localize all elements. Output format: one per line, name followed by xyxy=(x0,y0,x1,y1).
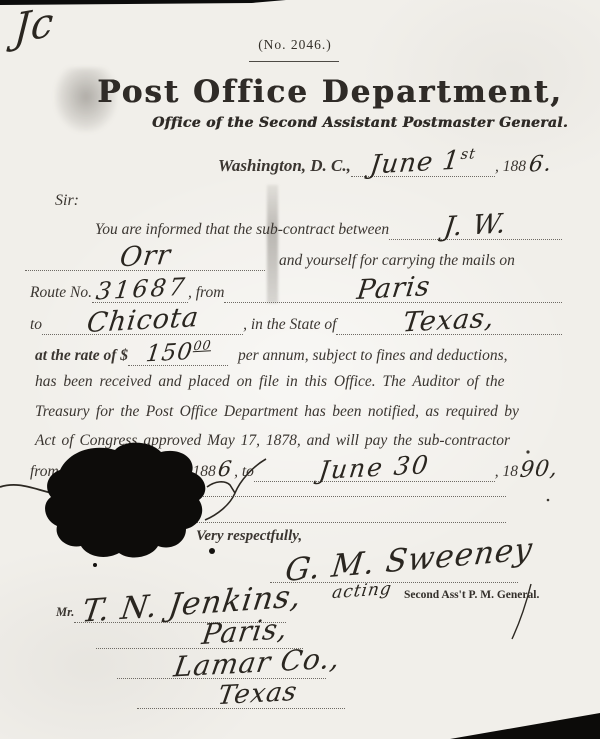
dateline: Washington, D. C., June 1st , 188 6. xyxy=(218,152,552,177)
ink-splatter-dot xyxy=(526,450,529,453)
rate-handwriting: 15000 xyxy=(144,340,211,364)
acting-handwriting: acting xyxy=(331,583,393,601)
ink-splatter-dot xyxy=(93,563,97,567)
corner-fold xyxy=(450,713,600,739)
blank-rule-2 xyxy=(188,521,506,523)
page-subtitle: Office of the Second Assistant Postmaste… xyxy=(120,115,600,131)
body-line-6: has been received and placed on file in … xyxy=(35,373,566,391)
destination-handwriting: Chicota xyxy=(85,307,200,335)
period-from-label: from xyxy=(30,463,59,481)
state-fill-line: Texas, xyxy=(336,310,562,335)
form-number-rule xyxy=(249,60,339,62)
to-label: to xyxy=(30,316,42,334)
addressee-city-handwriting: Paris, xyxy=(201,618,290,647)
origin-fill-line: Paris xyxy=(224,278,562,303)
period-year2-printed: , 18 xyxy=(495,463,518,481)
rate-label: at the rate of $ xyxy=(35,347,128,365)
form-number: (No. 2046.) xyxy=(0,37,590,53)
period-year1-printed: , 188 xyxy=(185,463,216,481)
signer-title: Second Ass't P. M. General. xyxy=(404,589,539,601)
rate-fill-line: 15000 xyxy=(128,342,228,366)
blank-rule-1 xyxy=(200,495,506,497)
body-line-2: Orr and yourself for carrying the mails … xyxy=(25,246,562,271)
contractor-name-fill-line: Orr xyxy=(25,246,265,271)
contractor-initials-handwriting: J. W. xyxy=(443,213,508,238)
period-to-label: , to xyxy=(234,463,254,481)
period-year2-handwriting: 90, xyxy=(519,460,559,480)
salutation: Sir: xyxy=(55,192,79,210)
body-line-4: to Chicota , in the State of Texas, xyxy=(30,310,562,335)
date-fill-line: June 1st xyxy=(351,152,495,177)
dateline-year-handwriting: 6. xyxy=(528,155,553,174)
period-end-handwriting: June 30 xyxy=(318,455,431,481)
addressee-state-handwriting: Texas xyxy=(216,682,298,707)
scanned-letter-page: Jc (No. 2046.) Post Office Department, O… xyxy=(0,0,600,739)
body-l2-printed: and yourself for carrying the mails on xyxy=(279,252,515,270)
body-line-3: Route No. 31687 , from Paris xyxy=(30,278,562,303)
destination-fill-line: Chicota xyxy=(42,310,243,335)
body-line-7: Treasury for the Post Office Department … xyxy=(35,403,566,421)
ink-splatter-dot xyxy=(547,499,550,502)
date-handwriting: June 1st xyxy=(369,149,477,176)
signature-rule xyxy=(270,581,518,583)
body-line-9: from July 1st , 188 6 , to June 30 , 18 … xyxy=(30,458,558,482)
period-year1-handwriting: 6 xyxy=(217,461,233,479)
body-line-8: Act of Congress approved May 17, 1878, a… xyxy=(35,432,566,450)
signature-handwriting: G. M. Sweeney xyxy=(284,537,534,584)
body-line-1: You are informed that the sub-contract b… xyxy=(95,215,562,240)
route-number-fill-line: 31687 xyxy=(92,280,188,303)
page-title: Post Office Department, xyxy=(90,74,570,110)
from-label: , from xyxy=(188,284,224,302)
body-line-5: at the rate of $ 15000 per annum, subjec… xyxy=(35,342,562,366)
contractor-fill-line: J. W. xyxy=(389,215,562,240)
origin-handwriting: Paris xyxy=(355,276,431,302)
state-handwriting: Texas, xyxy=(402,308,496,335)
rate-rest: per annum, subject to fines and deductio… xyxy=(238,347,508,365)
addressee-prefix: Mr. xyxy=(56,605,74,620)
route-label: Route No. xyxy=(30,284,92,302)
period-end-fill-line: June 30 xyxy=(254,458,495,482)
dateline-place: Washington, D. C., xyxy=(218,156,351,176)
addressee-state-rule xyxy=(137,707,345,709)
body-l1-printed: You are informed that the sub-contract b… xyxy=(95,221,389,239)
addressee-county-handwriting: Lamar Co., xyxy=(172,648,342,679)
period-start-handwriting: July 1st xyxy=(78,456,166,481)
contractor-surname-handwriting: Orr xyxy=(118,245,172,269)
ink-splatter-dot xyxy=(209,548,215,554)
period-start-fill-line: July 1st xyxy=(59,458,185,482)
pen-flourish-left xyxy=(0,485,52,493)
valediction: Very respectfully, xyxy=(196,528,302,545)
state-label: , in the State of xyxy=(243,316,336,334)
route-number-handwriting: 31687 xyxy=(95,278,189,302)
dateline-year-printed: , 188 xyxy=(495,158,526,176)
